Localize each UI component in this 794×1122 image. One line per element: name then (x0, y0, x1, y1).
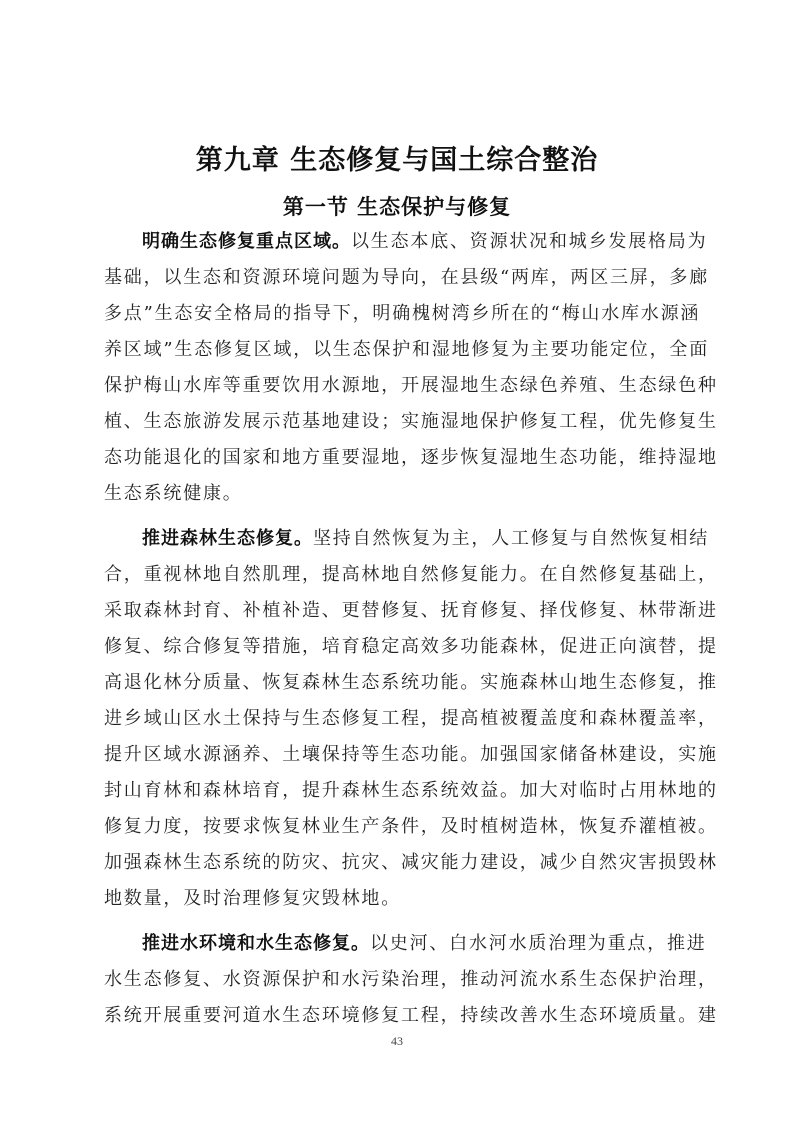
text-line: 推进森林生态修复。坚持自然恢复为主，人工修复与自然恢复相结 (104, 521, 698, 557)
paragraph-ecological-restoration-zones: 明确生态修复重点区域。以生态本底、资源状况和城乡发展格局为 基础，以生态和资源环… (104, 224, 698, 512)
text-line: 采取森林封育、补植补造、更替修复、抚育修复、择伐修复、林带渐进 (104, 593, 698, 629)
text-line: 修复、综合修复等措施，培育稳定高效多功能森林，促进正向演替，提 (104, 629, 698, 665)
chapter-title: 第九章 生态修复与国土综合整治 (0, 143, 794, 179)
text-line: 地数量，及时治理修复灾毁林地。 (104, 881, 698, 917)
text-line: 进乡域山区水土保持与生态修复工程，提高植被覆盖度和森林覆盖率， (104, 701, 698, 737)
text-line-content: 以史河、白水河水质治理为重点，推进 (370, 933, 707, 954)
page-number: 43 (0, 1034, 794, 1049)
text-line: 明确生态修复重点区域。以生态本底、资源状况和城乡发展格局为 (104, 224, 698, 260)
paragraph-water-restoration: 推进水环境和水生态修复。以史河、白水河水质治理为重点，推进 水生态修复、水资源保… (104, 926, 698, 1034)
text-line: 多点”生态安全格局的指导下，明确槐树湾乡所在的“梅山水库水源涵 (104, 296, 698, 332)
paragraph-lead: 明确生态修复重点区域。 (142, 231, 351, 252)
paragraph-forest-restoration: 推进森林生态修复。坚持自然恢复为主，人工修复与自然恢复相结 合，重视林地自然肌理… (104, 521, 698, 917)
text-line: 修复力度，按要求恢复林业生产条件，及时植树造林，恢复乔灌植被。 (104, 809, 698, 845)
text-line: 推进水环境和水生态修复。以史河、白水河水质治理为重点，推进 (104, 926, 698, 962)
text-line: 保护梅山水库等重要饮用水源地，开展湿地生态绿色养殖、生态绿色种 (104, 368, 698, 404)
text-line: 植、生态旅游发展示范基地建设；实施湿地保护修复工程，优先修复生 (104, 404, 698, 440)
text-line: 水生态修复、水资源保护和水污染治理，推动河流水系生态保护治理， (104, 962, 698, 998)
text-line: 合，重视林地自然肌理，提高林地自然修复能力。在自然修复基础上， (104, 557, 698, 593)
text-line: 高退化林分质量、恢复森林生态系统功能。实施森林山地生态修复，推 (104, 665, 698, 701)
text-line: 系统开展重要河道水生态环境修复工程，持续改善水生态环境质量。建 (104, 998, 698, 1034)
text-line: 态功能退化的国家和地方重要湿地，逐步恢复湿地生态功能，维持湿地 (104, 440, 698, 476)
paragraph-lead: 推进森林生态修复。 (142, 528, 313, 549)
text-line: 加强森林生态系统的防灾、抗灾、减灾能力建设，减少自然灾害损毁林 (104, 845, 698, 881)
text-line: 养区域”生态修复区域，以生态保护和湿地修复为主要功能定位，全面 (104, 332, 698, 368)
section-title: 第一节 生态保护与修复 (0, 192, 794, 222)
text-line: 提升区域水源涵养、土壤保持等生态功能。加强国家储备林建设，实施 (104, 737, 698, 773)
text-line: 基础，以生态和资源环境问题为导向，在县级“两库，两区三屏，多廊 (104, 260, 698, 296)
text-line-content: 以生态本底、资源状况和城乡发展格局为 (351, 231, 707, 252)
paragraph-lead: 推进水环境和水生态修复。 (142, 933, 370, 954)
text-line-content: 坚持自然恢复为主，人工修复与自然恢复相结 (313, 528, 709, 549)
document-page: 第九章 生态修复与国土综合整治 第一节 生态保护与修复 明确生态修复重点区域。以… (0, 0, 794, 1122)
text-line: 生态系统健康。 (104, 476, 698, 512)
body-text: 明确生态修复重点区域。以生态本底、资源状况和城乡发展格局为 基础，以生态和资源环… (104, 224, 698, 1043)
text-line: 封山育林和森林培育，提升森林生态系统效益。加大对临时占用林地的 (104, 773, 698, 809)
